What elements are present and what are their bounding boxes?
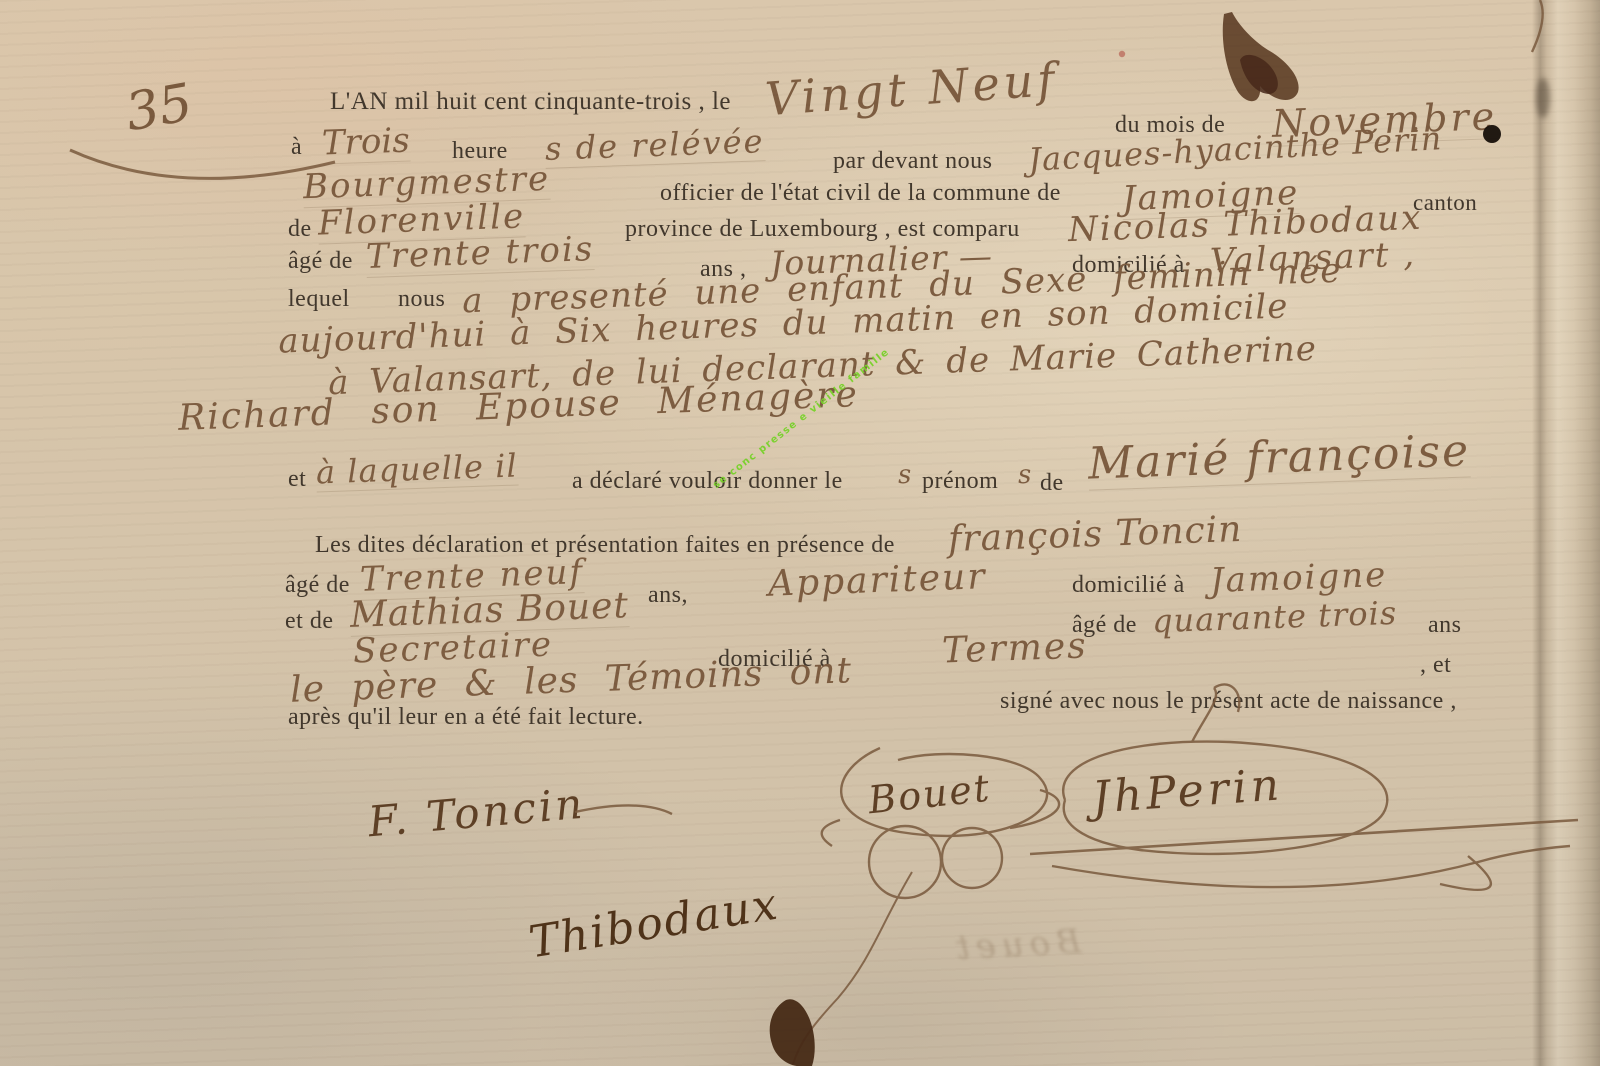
printed-virgule-et: , et: [1420, 652, 1451, 679]
perin-underline-2: [1052, 846, 1570, 887]
printed-officier: officier de l'état civil de la commune d…: [660, 180, 1061, 207]
ink-showthrough: Bouet: [949, 922, 1082, 969]
hw-s-2: s: [1017, 460, 1031, 490]
top-ink-blot-dark: [1240, 55, 1278, 94]
hw-profession-2: Appariteur: [767, 556, 987, 605]
bouet-oval-tail: [1010, 790, 1059, 828]
printed-lecture: après qu'il leur en a été fait lecture.: [288, 704, 644, 731]
printed-lequel: lequel: [288, 286, 350, 313]
perin-underline-1: [1030, 820, 1578, 854]
bouet-loop-2: [942, 828, 1002, 888]
printed-et-de: et de: [285, 608, 333, 635]
printed-de-2: de: [1040, 470, 1064, 497]
signature-toncin: F. Toncin: [366, 779, 587, 847]
hw-relevee: s de relévée: [544, 122, 765, 169]
printed-et: et: [288, 466, 306, 493]
printed-domicilie-2: domicilié à: [1072, 572, 1185, 599]
bouet-loop-1: [869, 826, 941, 898]
toncin-flourish: [575, 805, 672, 814]
top-ink-blot: [1223, 12, 1299, 101]
bouet-loop-3: [822, 820, 840, 846]
printed-de: de: [288, 216, 312, 243]
edge-smudge: [1536, 78, 1550, 118]
signature-perin: JhPerin: [1090, 759, 1284, 823]
printed-signe-avec-nous: signé avec nous le présent acte de naiss…: [1000, 688, 1457, 715]
hw-day: Vingt Neuf: [763, 52, 1059, 126]
edge-stray-stroke: [1532, 0, 1543, 52]
printed-age-de-1: âgé de: [288, 248, 353, 275]
hw-a-laquelle-il: à laquelle il: [315, 446, 518, 492]
act-number: 35: [121, 73, 197, 144]
printed-par-devant-nous: par devant nous: [833, 148, 992, 175]
printed-ans-3: ans: [1428, 612, 1462, 639]
signature-bouet: Bouet: [866, 766, 993, 823]
perin-end-loop: [1440, 856, 1491, 890]
signature-thibodaux: Thibodaux: [526, 879, 783, 969]
printed-year-line: L'AN mil huit cent cinquante-trois , le: [330, 88, 731, 116]
hw-age-1: Trente trois: [365, 229, 595, 278]
hw-s-1: s: [897, 460, 911, 490]
printed-a-declare: a déclaré vouloir donner le: [572, 468, 843, 495]
red-speck: [1119, 51, 1125, 57]
hw-hour: Trois: [321, 120, 410, 164]
printed-a: à: [291, 134, 302, 161]
printed-prenom: prénom: [922, 468, 998, 495]
descending-stroke: [793, 872, 912, 1064]
hw-age-3: quarante trois: [1151, 594, 1397, 641]
hw-witness-1: françois Toncin: [947, 509, 1243, 560]
printed-canton: canton: [1413, 190, 1477, 216]
page-edge-crease: [1532, 0, 1600, 1066]
birth-act-document: 35 L'AN mil huit cent cinquante-trois , …: [0, 0, 1600, 1066]
printed-declaration: Les dites déclaration et présentation fa…: [315, 532, 895, 559]
printed-age-de-2: âgé de: [285, 572, 350, 599]
printed-ans-2: ans,: [648, 582, 688, 609]
printed-nous: nous: [398, 286, 445, 313]
hw-domicile-3: Termes: [941, 625, 1088, 671]
hw-officer-name: Jacques-hyacinthe Perin: [1027, 119, 1443, 179]
hw-child-names: Marié françoise: [1087, 425, 1471, 490]
bottom-ink-blot: [770, 999, 815, 1066]
